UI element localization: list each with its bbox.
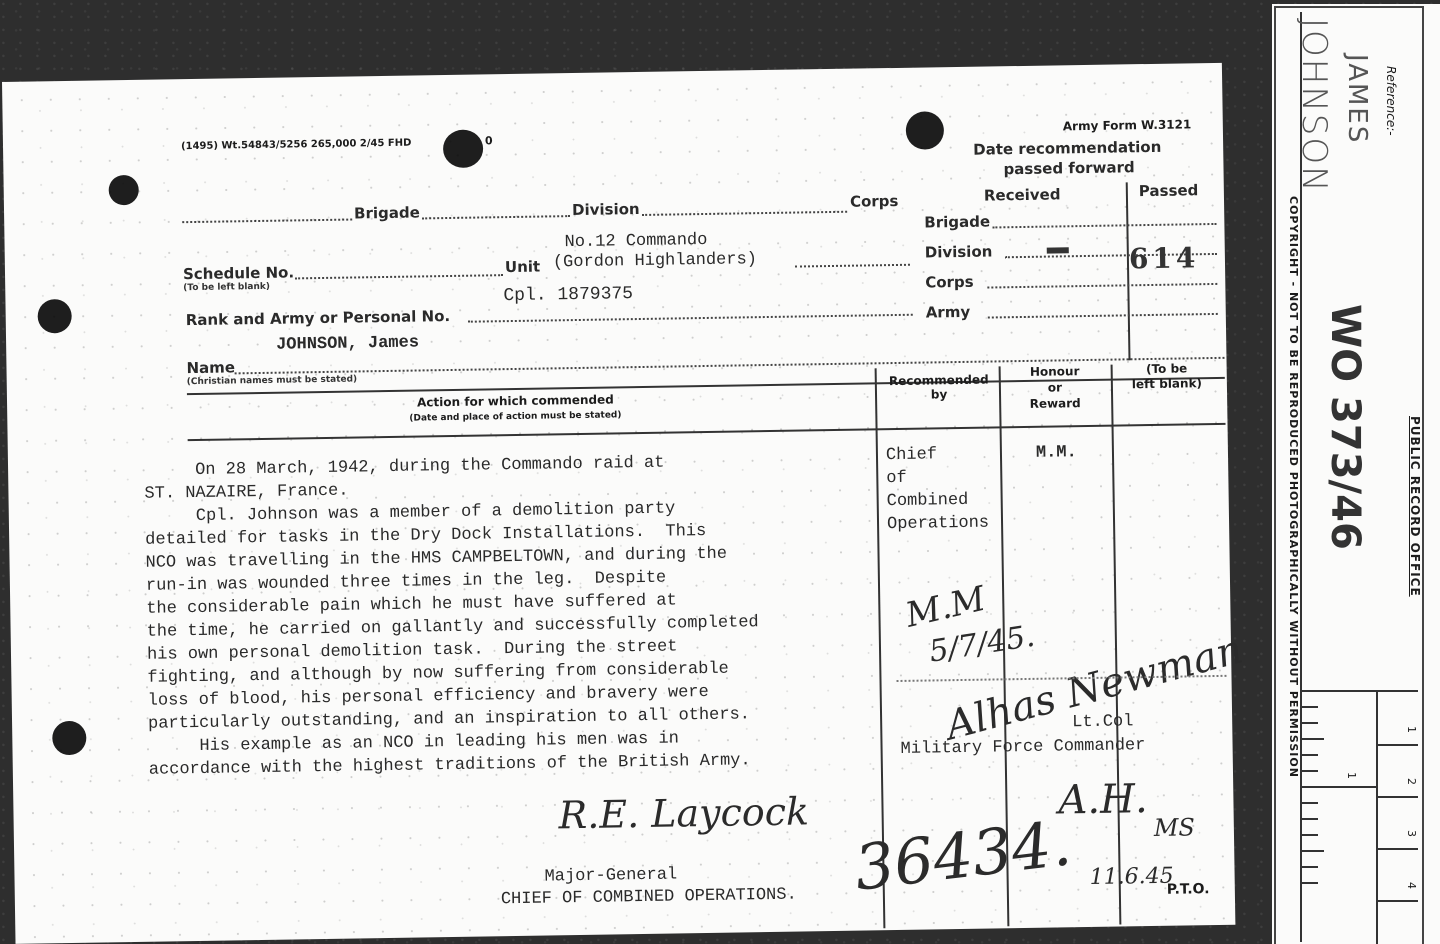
unit-label: Unit bbox=[505, 258, 540, 277]
ruler-mark: 1 bbox=[1405, 726, 1418, 733]
print-code-tail: 0 bbox=[485, 134, 493, 147]
approval-initials: A.H. bbox=[1058, 776, 1148, 823]
general-signature: R.E. Laycock bbox=[558, 789, 809, 837]
routing-corps-label: Corps bbox=[925, 273, 974, 292]
please-turn-over: P.T.O. bbox=[1167, 881, 1210, 898]
approval-initials-note: MS bbox=[1154, 813, 1195, 842]
rank-label: Rank and Army or Personal No. bbox=[186, 307, 451, 329]
citation-text: On 28 March, 1942, during the Commando r… bbox=[144, 450, 761, 782]
punch-hole bbox=[52, 721, 87, 756]
routing-division-label: Division bbox=[925, 242, 993, 261]
unit-value-line1: No.12 Commando bbox=[564, 231, 707, 252]
punch-hole bbox=[443, 129, 484, 168]
routing-brigade-label: Brigade bbox=[924, 212, 990, 231]
punch-hole bbox=[37, 299, 72, 334]
name-label: Name bbox=[186, 358, 235, 377]
reference-label: Reference:- bbox=[1384, 66, 1398, 136]
document-reference: WO 373/46 bbox=[1322, 304, 1368, 550]
corps-label: Corps bbox=[850, 192, 899, 211]
left-blank-header: (To beleft blank) bbox=[1115, 361, 1219, 393]
punch-hole bbox=[906, 111, 945, 150]
recommended-by-value: Chief of Combined Operations bbox=[886, 443, 989, 537]
ruler-mark: 4 bbox=[1405, 882, 1418, 889]
ruler-mark: 1 bbox=[1345, 772, 1358, 779]
general-title: CHIEF OF COMBINED OPERATIONS. bbox=[501, 884, 797, 912]
action-header-note: (Date and place of action must be stated… bbox=[409, 410, 621, 423]
public-record-office-strip: JOHNSON JAMES Reference:- COPYRIGHT - NO… bbox=[1272, 4, 1440, 944]
commander-rank: Lt.Col bbox=[1072, 710, 1134, 734]
rank-value: Cpl. 1879375 bbox=[503, 284, 633, 306]
approval-date: 11.6.45 bbox=[1089, 864, 1173, 890]
received-header: Received bbox=[984, 185, 1061, 204]
recommended-by-header: Recommendedby bbox=[883, 372, 995, 402]
army-form-w3121: (1495) Wt.54843/5256 265,000 2/45 FHD 0 … bbox=[2, 63, 1235, 944]
ruler-mark: 2 bbox=[1405, 778, 1418, 785]
passed-header: Passed bbox=[1139, 181, 1199, 200]
ruler-mark: 3 bbox=[1405, 830, 1418, 837]
punch-hole bbox=[108, 175, 138, 205]
division-label: Division bbox=[572, 200, 640, 219]
public-record-office-label: PUBLIC RECORD OFFICE bbox=[1408, 416, 1422, 597]
copyright-notice: COPYRIGHT - NOT TO BE REPRODUCED PHOTOGR… bbox=[1287, 196, 1300, 778]
handwritten-reference-number: 36434. bbox=[851, 806, 1075, 905]
name-value: JOHNSON, James bbox=[276, 333, 419, 354]
army-form-number: Army Form W.3121 bbox=[1063, 117, 1192, 133]
schedule-note: (To be left blank) bbox=[183, 282, 270, 293]
handwritten-forename: JAMES bbox=[1342, 54, 1372, 144]
name-note: (Christian names must be stated) bbox=[187, 374, 358, 387]
date-recommendation-label: Date recommendation bbox=[973, 138, 1161, 159]
schedule-label: Schedule No. bbox=[183, 263, 294, 283]
print-code: (1495) Wt.54843/5256 265,000 2/45 FHD bbox=[181, 138, 412, 153]
brigade-label: Brigade bbox=[354, 203, 420, 222]
passed-forward-label: passed forward bbox=[1003, 158, 1134, 178]
redaction-mark bbox=[1047, 247, 1069, 253]
honour-value: M.M. bbox=[1036, 441, 1077, 465]
division-passed-value: 614 bbox=[1129, 241, 1200, 275]
action-header: Action for which commended bbox=[417, 392, 614, 409]
unit-value-line2: (Gordon Highlanders) bbox=[553, 250, 757, 272]
honour-header: HonourorReward bbox=[1003, 363, 1108, 413]
routing-army-label: Army bbox=[926, 303, 971, 322]
commander-title: Military Force Commander bbox=[900, 734, 1145, 761]
handwritten-surname: JOHNSON bbox=[1294, 18, 1334, 194]
